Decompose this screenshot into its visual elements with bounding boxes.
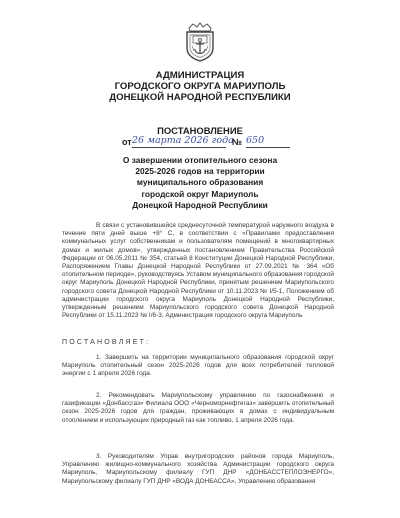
authority-line: ДОНЕЦКОЙ НАРОДНОЙ РЕСПУБЛИКИ bbox=[0, 92, 400, 103]
handwritten-date: 26 марта 2026 года bbox=[132, 135, 234, 146]
subject-line: О завершении отопительного сезона bbox=[0, 155, 400, 166]
preamble-text: В связи с установившейся среднесуточной … bbox=[62, 222, 334, 320]
subject-line: городской округ Мариуполь bbox=[0, 189, 400, 200]
decree-subject: О завершении отопительного сезона 2025-2… bbox=[0, 155, 400, 211]
subject-line: Донецкой Народной Республики bbox=[0, 200, 400, 211]
date-underline bbox=[132, 147, 226, 148]
decree-date-number: от 26 марта 2026 года № 650 bbox=[122, 135, 282, 149]
clause-3: 3. Руководителям Управ внутригородских р… bbox=[62, 453, 334, 486]
document-page: АДМИНИСТРАЦИЯ ГОРОДСКОГО ОКРУГА МАРИУПОЛ… bbox=[0, 0, 400, 518]
resolves-heading: ПОСТАНОВЛЯЕТ: bbox=[62, 339, 150, 346]
clause-1: 1. Завершить на территории муниципальног… bbox=[62, 354, 334, 379]
coat-of-arms-icon bbox=[183, 22, 217, 62]
preamble-paragraph: В связи с установившейся среднесуточной … bbox=[62, 222, 334, 320]
issuing-authority: АДМИНИСТРАЦИЯ ГОРОДСКОГО ОКРУГА МАРИУПОЛ… bbox=[0, 70, 400, 103]
number-underline bbox=[246, 147, 290, 148]
authority-line: ГОРОДСКОГО ОКРУГА МАРИУПОЛЬ bbox=[0, 81, 400, 92]
date-prefix: от bbox=[122, 137, 132, 147]
number-label: № bbox=[232, 137, 242, 147]
clause-text: 3. Руководителям Управ внутригородских р… bbox=[62, 453, 334, 486]
clause-text: 1. Завершить на территории муниципальног… bbox=[62, 354, 334, 379]
subject-line: 2025-2026 годов на территории bbox=[0, 166, 400, 177]
subject-line: муниципального образования bbox=[0, 177, 400, 188]
authority-line: АДМИНИСТРАЦИЯ bbox=[0, 70, 400, 81]
handwritten-number: 650 bbox=[246, 135, 264, 146]
clause-text: 2. Рекомендовать Мариупольскому управлен… bbox=[62, 392, 334, 425]
clause-2: 2. Рекомендовать Мариупольскому управлен… bbox=[62, 392, 334, 425]
